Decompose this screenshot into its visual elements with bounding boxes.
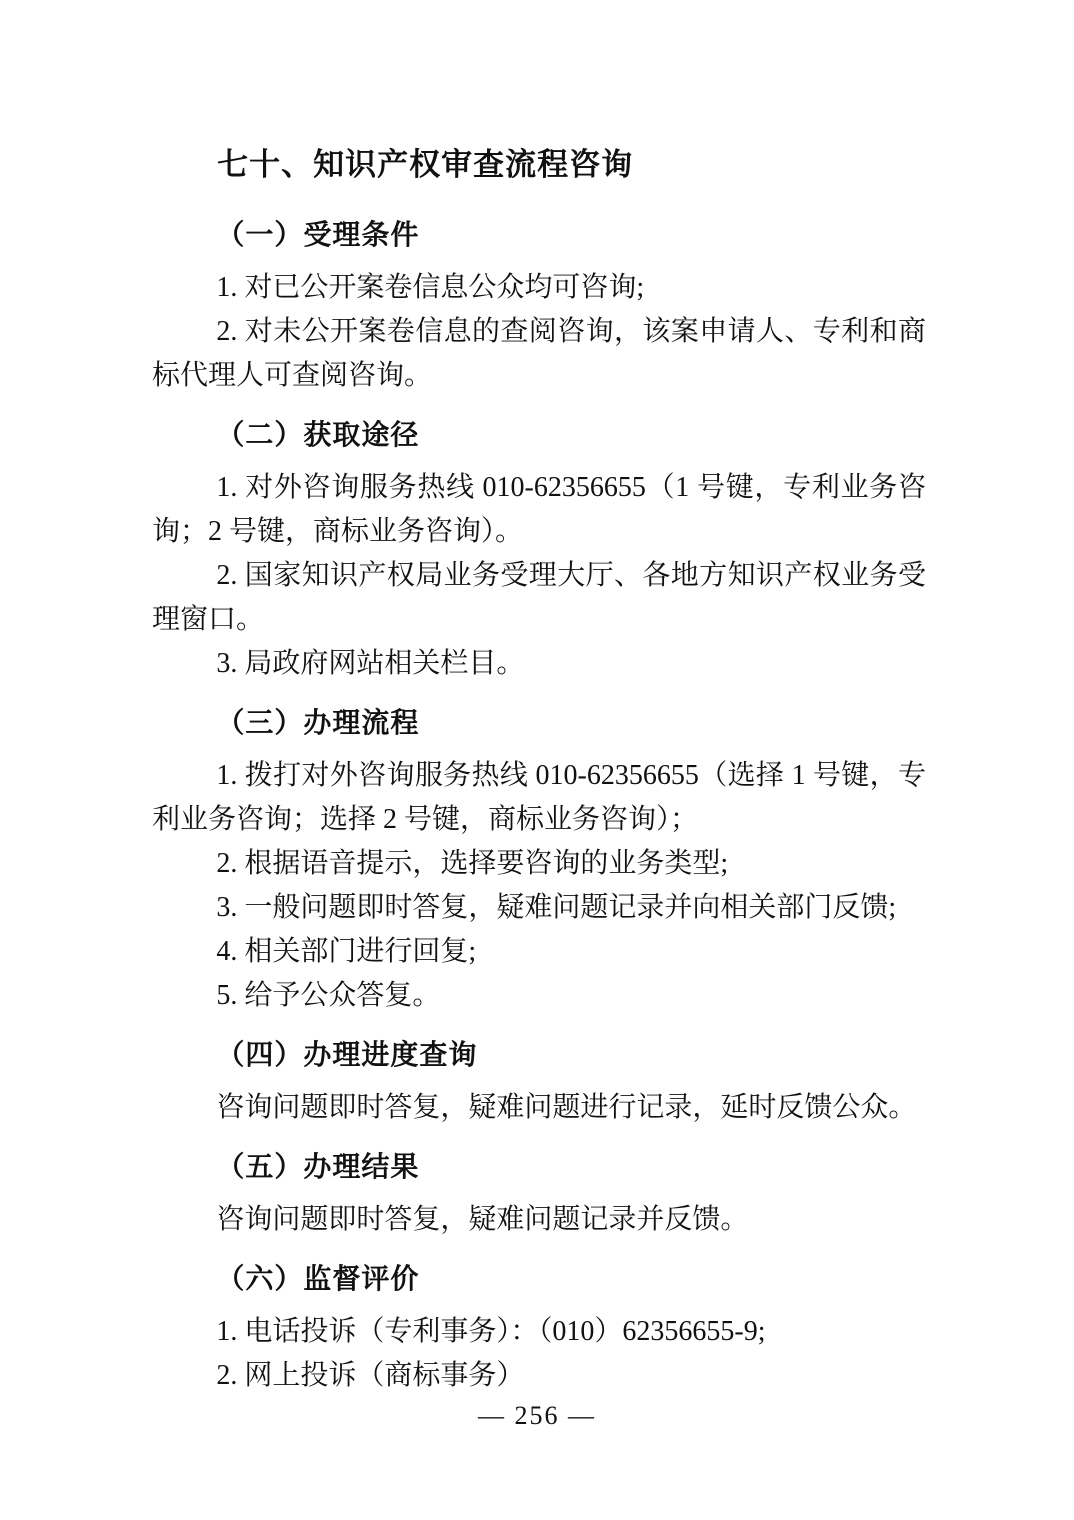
paragraph: 3. 局政府网站相关栏目。 bbox=[152, 642, 926, 686]
section-heading: （二）获取途径 bbox=[152, 414, 926, 458]
paragraph: 1. 拨打对外咨询服务热线 010-62356655（选择 1 号键，专利业务咨… bbox=[152, 754, 926, 842]
section-handling-process: （三）办理流程 1. 拨打对外咨询服务热线 010-62356655（选择 1 … bbox=[152, 702, 926, 1018]
section-heading: （六）监督评价 bbox=[152, 1258, 926, 1302]
paragraph: 1. 电话投诉（专利事务）：（010）62356655-9; bbox=[152, 1310, 926, 1354]
paragraph: 4. 相关部门进行回复; bbox=[152, 930, 926, 974]
section-acceptance-conditions: （一）受理条件 1. 对已公开案卷信息公众均可咨询; 2. 对未公开案卷信息的查… bbox=[152, 214, 926, 398]
paragraph: 2. 国家知识产权局业务受理大厅、各地方知识产权业务受理窗口。 bbox=[152, 554, 926, 642]
paragraph: 2. 根据语音提示，选择要咨询的业务类型; bbox=[152, 842, 926, 886]
section-heading: （三）办理流程 bbox=[152, 702, 926, 746]
paragraph: 2. 网上投诉（商标事务） bbox=[152, 1354, 926, 1398]
paragraph: 3. 一般问题即时答复，疑难问题记录并向相关部门反馈; bbox=[152, 886, 926, 930]
section-heading: （五）办理结果 bbox=[152, 1146, 926, 1190]
page-number: — 256 — bbox=[0, 1400, 1074, 1432]
paragraph: 咨询问题即时答复，疑难问题记录并反馈。 bbox=[152, 1198, 926, 1242]
paragraph: 5. 给予公众答复。 bbox=[152, 974, 926, 1018]
document-page: 七十、知识产权审查流程咨询 （一）受理条件 1. 对已公开案卷信息公众均可咨询;… bbox=[0, 0, 1074, 1520]
paragraph: 1. 对外咨询服务热线 010-62356655（1 号键，专利业务咨询；2 号… bbox=[152, 466, 926, 554]
section-heading: （四）办理进度查询 bbox=[152, 1034, 926, 1078]
section-access-channels: （二）获取途径 1. 对外咨询服务热线 010-62356655（1 号键，专利… bbox=[152, 414, 926, 686]
section-supervision-evaluation: （六）监督评价 1. 电话投诉（专利事务）：（010）62356655-9; 2… bbox=[152, 1258, 926, 1398]
paragraph: 2. 对未公开案卷信息的查阅咨询，该案申请人、专利和商标代理人可查阅咨询。 bbox=[152, 310, 926, 398]
paragraph: 1. 对已公开案卷信息公众均可咨询; bbox=[152, 266, 926, 310]
section-handling-result: （五）办理结果 咨询问题即时答复，疑难问题记录并反馈。 bbox=[152, 1146, 926, 1242]
section-heading: （一）受理条件 bbox=[152, 214, 926, 258]
section-progress-inquiry: （四）办理进度查询 咨询问题即时答复，疑难问题进行记录，延时反馈公众。 bbox=[152, 1034, 926, 1130]
paragraph: 咨询问题即时答复，疑难问题进行记录，延时反馈公众。 bbox=[152, 1086, 926, 1130]
document-title: 七十、知识产权审查流程咨询 bbox=[152, 142, 926, 188]
